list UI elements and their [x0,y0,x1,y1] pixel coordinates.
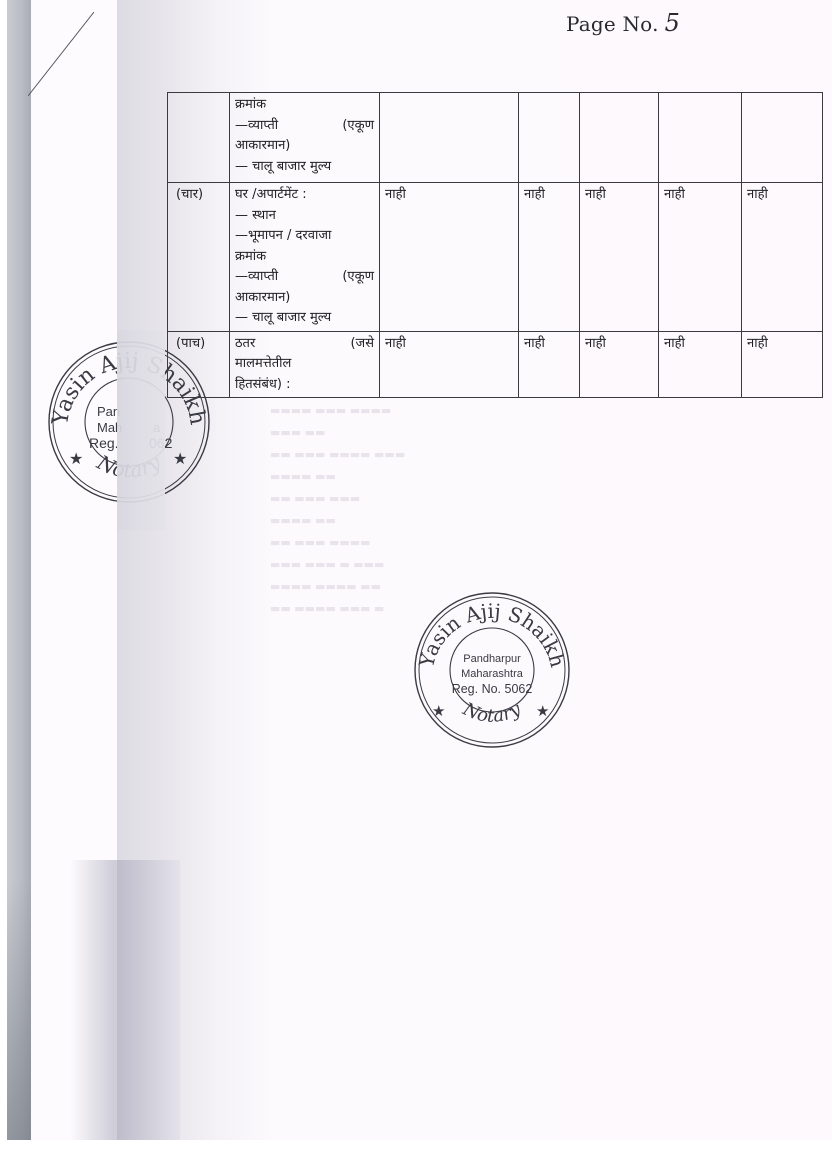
value-cell: नाही [742,183,823,332]
value-cell: नाही [659,331,742,398]
page-number-value: 5 [665,9,680,37]
table-row: (चार)घर /अपार्टमेंट :— स्थान—भूमापन / दर… [168,183,823,332]
description-line: — चालू बाजार मुल्य [235,308,374,329]
scan-bottom-margin [0,1140,832,1152]
svg-text:Maharashtra: Maharashtra [461,668,524,680]
description-line: —व्याप्ती(एकूण [235,267,374,288]
fold-shadow-bottom [70,860,180,1140]
fold-over-stamp [117,330,165,530]
description-line: आकारमान) [235,288,374,309]
description-line: — स्थान [235,206,374,227]
description-line: ठतर(जसे [235,334,374,355]
description-line: —व्याप्ती(एकूण [235,116,374,137]
value-cell: नाही [580,331,659,398]
value-cell: नाही [519,331,580,398]
scan-margin [0,0,7,1140]
page-number-label: Page No. [566,12,659,36]
svg-text:★: ★ [173,449,187,468]
description-line: घर /अपार्टमेंट : [235,185,374,206]
table-row: (पाच)ठतर(जसेमालमत्तेतीलहितसंबंध) :नाहीना… [168,331,823,398]
description-cell: घर /अपार्टमेंट :— स्थान—भूमापन / दरवाजाक… [230,183,380,332]
value-cell: नाही [580,183,659,332]
value-cell [519,93,580,183]
description-line: क्रमांक [235,95,374,116]
svg-text:★: ★ [69,449,83,468]
notary-stamp: Yasin Ajij Shaikh Notary Pandharpur Maha… [412,590,572,750]
description-line: — चालू बाजार मुल्य [235,157,374,178]
svg-text:Pandharpur: Pandharpur [463,653,521,665]
value-cell [659,93,742,183]
svg-text:Reg.: Reg. [89,435,119,451]
property-table: क्रमांक—व्याप्ती(एकूणआकारमान)— चालू बाजा… [167,92,823,398]
page-number: Page No.5 [566,9,680,37]
value-cell: नाही [519,183,580,332]
description-line: हितसंबंध) : [235,375,374,396]
value-cell: नाही [380,183,519,332]
serial-cell [168,93,230,183]
svg-text:★: ★ [536,702,549,720]
description-cell: ठतर(जसेमालमत्तेतीलहितसंबंध) : [230,331,380,398]
value-cell [380,93,519,183]
description-line: क्रमांक [235,247,374,268]
svg-text:★: ★ [432,702,445,720]
value-cell [580,93,659,183]
description-line: मालमत्तेतील [235,354,374,375]
binding-shadow [7,0,31,1140]
value-cell: नाही [659,183,742,332]
value-cell [742,93,823,183]
serial-cell: (चार) [168,183,230,332]
bleed-through-text: ▬▬▬▬ ▬▬▬ ▬▬▬▬▬▬▬ ▬▬▬▬ ▬▬▬ ▬▬▬▬ ▬▬▬▬▬▬▬ ▬… [270,400,405,620]
description-line: —भूमापन / दरवाजा [235,226,374,247]
value-cell: नाही [742,331,823,398]
description-cell: क्रमांक—व्याप्ती(एकूणआकारमान)— चालू बाजा… [230,93,380,183]
value-cell: नाही [380,331,519,398]
table-row: क्रमांक—व्याप्ती(एकूणआकारमान)— चालू बाजा… [168,93,823,183]
svg-text:Reg. No. 5062: Reg. No. 5062 [452,682,533,696]
pen-stroke [28,12,94,96]
description-line: आकारमान) [235,136,374,157]
svg-text:Notary: Notary [459,698,526,727]
